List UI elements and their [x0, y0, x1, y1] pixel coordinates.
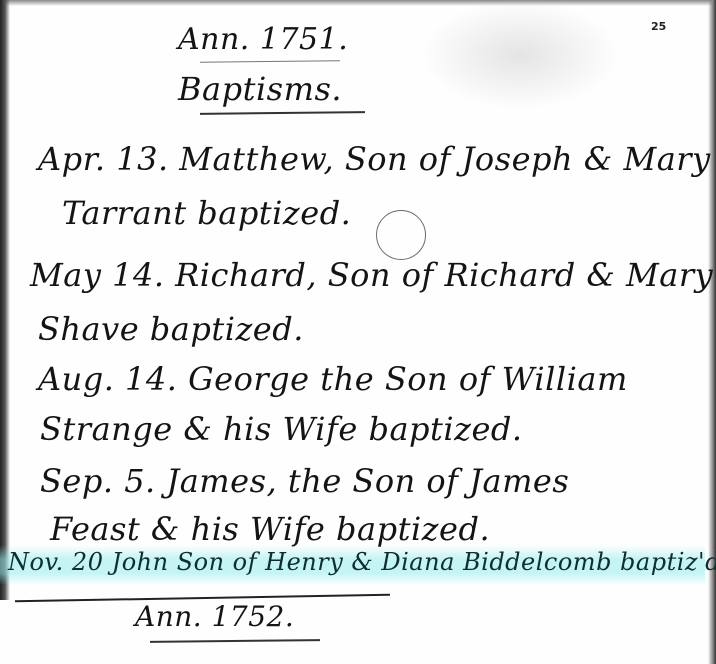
register-page: 25 Ann. 1751. Baptisms. Apr. 13. Matthew… — [0, 0, 716, 664]
entry-1-line-1: Apr. 13. Matthew, Son of Joseph & Mary — [38, 140, 711, 178]
header-year-underline — [200, 60, 340, 62]
entry-2-line-2: Shave baptized. — [38, 310, 304, 348]
page-number: 25 — [651, 20, 666, 33]
paper-stain — [420, 0, 620, 110]
footer-year-underline — [150, 639, 320, 643]
entry-5-highlighted: Nov. 20 John Son of Henry & Diana Biddel… — [8, 548, 716, 576]
entry-1-line-2: Tarrant baptized. — [62, 194, 351, 232]
page-binding-shadow — [0, 0, 10, 600]
cursor-circle-icon — [376, 210, 426, 260]
section-title-underline — [200, 111, 365, 115]
entry-3-line-1: Aug. 14. George the Son of William — [38, 360, 628, 398]
header-year: Ann. 1751. — [178, 22, 348, 57]
entry-4-line-1: Sep. 5. James, the Son of James — [40, 462, 569, 500]
entry-4-line-2: Feast & his Wife baptized. — [50, 510, 490, 548]
footer-year: Ann. 1752. — [135, 600, 294, 633]
entry-2-line-1: May 14. Richard, Son of Richard & Mary — [30, 256, 713, 294]
section-title: Baptisms. — [178, 70, 342, 108]
entry-3-line-2: Strange & his Wife baptized. — [40, 410, 523, 448]
